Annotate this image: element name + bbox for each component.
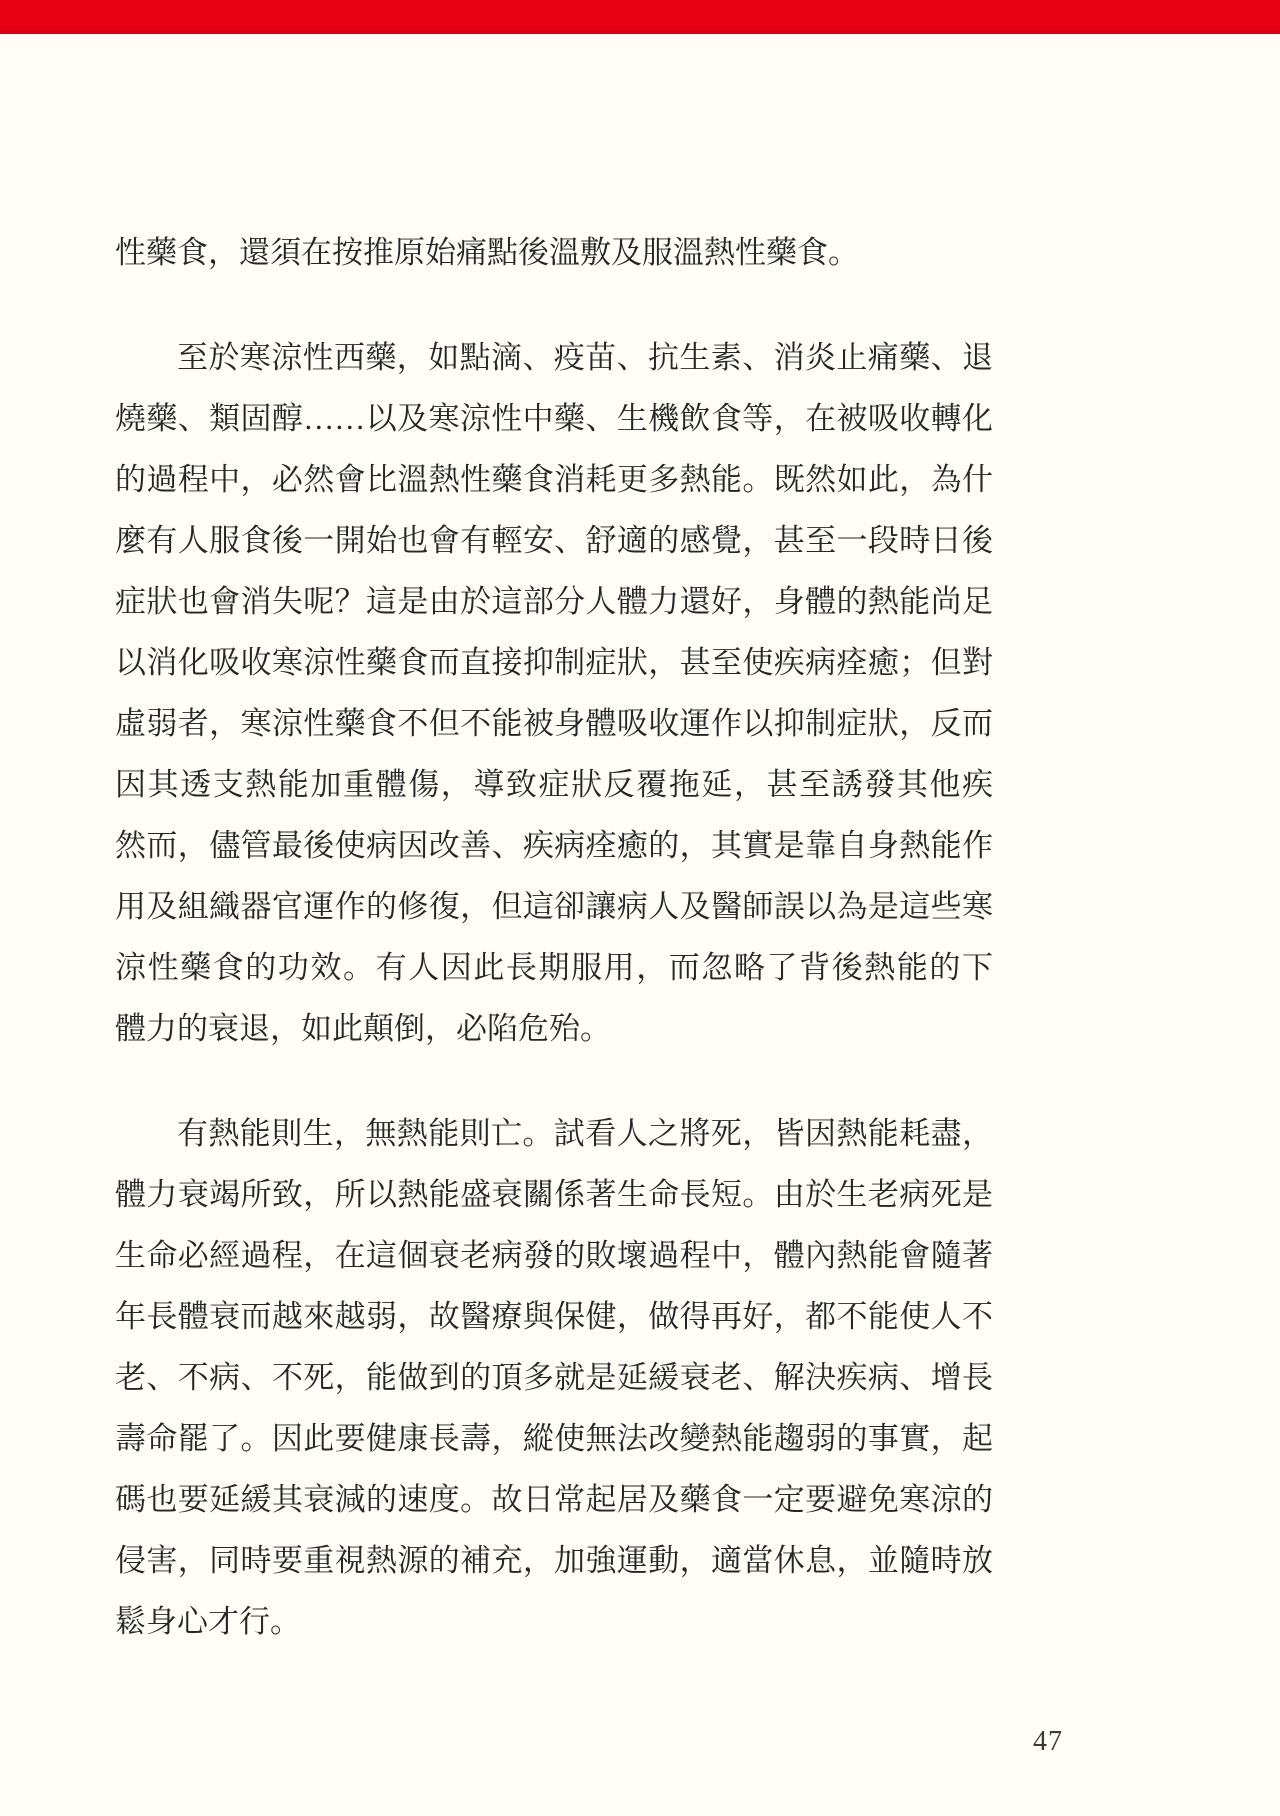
paragraph: 至於寒涼性西藥，如點滴、疫苗、抗生素、消炎止痛藥、退燒藥、類固醇……以及寒涼性中… (115, 327, 993, 1059)
text-line: 老、不病、不死，能做到的頂多就是延緩衰老、解決疾病、增長 (115, 1347, 993, 1408)
text-line: 以消化吸收寒涼性藥食而直接抑制症狀，甚至使疾病痊癒；但對 (115, 632, 993, 693)
text-line: 涼性藥食的功效。有人因此長期服用，而忽略了背後熱能的下降、 (115, 937, 993, 998)
text-line: 壽命罷了。因此要健康長壽，縱使無法改變熱能趨弱的事實，起 (115, 1408, 993, 1469)
text-line: 有熱能則生，無熱能則亡。試看人之將死，皆因熱能耗盡， (115, 1103, 993, 1164)
text-line: 麼有人服食後一開始也會有輕安、舒適的感覺，甚至一段時日後 (115, 510, 993, 571)
top-red-bar (0, 0, 1280, 34)
text-line: 因其透支熱能加重體傷，導致症狀反覆拖延，甚至誘發其他疾病。 (115, 754, 993, 815)
text-line: 然而，儘管最後使病因改善、疾病痊癒的，其實是靠自身熱能作 (115, 815, 993, 876)
text-line: 年長體衰而越來越弱，故醫療與保健，做得再好，都不能使人不 (115, 1286, 993, 1347)
paragraph: 有熱能則生，無熱能則亡。試看人之將死，皆因熱能耗盡，體力衰竭所致，所以熱能盛衰關… (115, 1103, 993, 1652)
text-line: 燒藥、類固醇……以及寒涼性中藥、生機飲食等，在被吸收轉化 (115, 388, 993, 449)
text-line: 的過程中，必然會比溫熱性藥食消耗更多熱能。既然如此，為什 (115, 449, 993, 510)
page-number: 47 (1033, 1726, 1063, 1758)
text-line: 體力衰竭所致，所以熱能盛衰關係著生命長短。由於生老病死是 (115, 1164, 993, 1225)
text-line: 症狀也會消失呢？這是由於這部分人體力還好，身體的熱能尚足 (115, 571, 993, 632)
text-line: 侵害，同時要重視熱源的補充，加強運動，適當休息，並隨時放 (115, 1530, 993, 1591)
text-line: 性藥食，還須在按推原始痛點後溫敷及服溫熱性藥食。 (115, 222, 993, 283)
text-line: 鬆身心才行。 (115, 1591, 993, 1652)
text-line: 至於寒涼性西藥，如點滴、疫苗、抗生素、消炎止痛藥、退 (115, 327, 993, 388)
text-line: 用及組織器官運作的修復，但這卻讓病人及醫師誤以為是這些寒 (115, 876, 993, 937)
text-line: 虛弱者，寒涼性藥食不但不能被身體吸收運作以抑制症狀，反而 (115, 693, 993, 754)
text-line: 生命必經過程，在這個衰老病發的敗壞過程中，體內熱能會隨著 (115, 1225, 993, 1286)
body-text: 性藥食，還須在按推原始痛點後溫敷及服溫熱性藥食。至於寒涼性西藥，如點滴、疫苗、抗… (115, 222, 993, 1652)
book-page: 性藥食，還須在按推原始痛點後溫敷及服溫熱性藥食。至於寒涼性西藥，如點滴、疫苗、抗… (0, 0, 1280, 1816)
paragraph: 性藥食，還須在按推原始痛點後溫敷及服溫熱性藥食。 (115, 222, 993, 283)
text-line: 碼也要延緩其衰減的速度。故日常起居及藥食一定要避免寒涼的 (115, 1469, 993, 1530)
text-line: 體力的衰退，如此顛倒，必陷危殆。 (115, 998, 993, 1059)
